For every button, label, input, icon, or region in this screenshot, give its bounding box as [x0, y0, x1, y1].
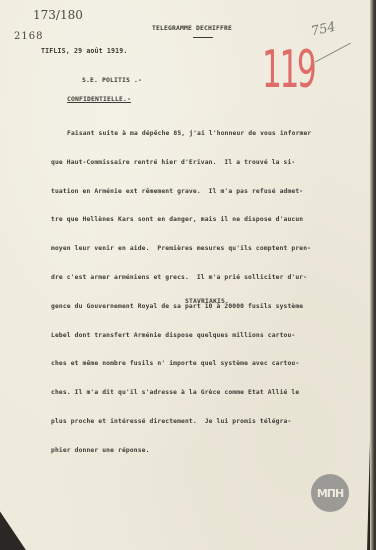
archive-reference: 173/180: [33, 8, 83, 22]
body-line: gence du Gouvernement Royal de sa part 1…: [51, 300, 311, 315]
body-line: Lebel dont transfert Arménie dispose que…: [51, 329, 311, 344]
stamp-text: ΜΠΗ: [317, 487, 343, 500]
body-line: ches. Il m'a dit qu'il s'adresse à la Gr…: [51, 386, 311, 401]
telegram-body: Faisant suite à ma dépêche 85, j'ai l'ho…: [67, 113, 327, 466]
body-line: Faisant suite à ma dépêche 85, j'ai l'ho…: [67, 127, 327, 142]
body-line: dre c'est armer arméniens et grecs. Il m…: [51, 271, 311, 286]
archive-stamp-icon: ΜΠΗ: [311, 474, 349, 512]
body-line: moyen leur venir en aide. Premières mesu…: [51, 242, 311, 257]
red-pencil-number: 119: [262, 40, 314, 100]
document-title: TELEGRAMME DECHIFFRE: [152, 24, 232, 32]
archive-number: 2168: [14, 31, 43, 42]
body-line: phier donner une réponse.: [51, 444, 311, 459]
dateline: TIFLIS, 29 août 1919.: [41, 47, 128, 55]
addressee: S.E. POLITIS .-: [82, 76, 142, 84]
body-line: tre que Hellènes Kars sont en danger, ma…: [51, 213, 311, 228]
signature: STAVRIAKIS.: [185, 297, 229, 305]
body-line: tuation en Arménie ext rêmement grave. I…: [51, 185, 311, 200]
page-edge: [370, 0, 376, 550]
body-line: ches et même nombre fusils n' importe qu…: [51, 357, 311, 372]
body-line: plus proche et intéressé directement. Je…: [51, 415, 311, 430]
classification-label: CONFIDENTIELLE.-: [67, 95, 131, 103]
body-line: que Haut-Commissaire rentré hier d'Eriva…: [51, 156, 311, 171]
title-underline: [193, 37, 213, 38]
